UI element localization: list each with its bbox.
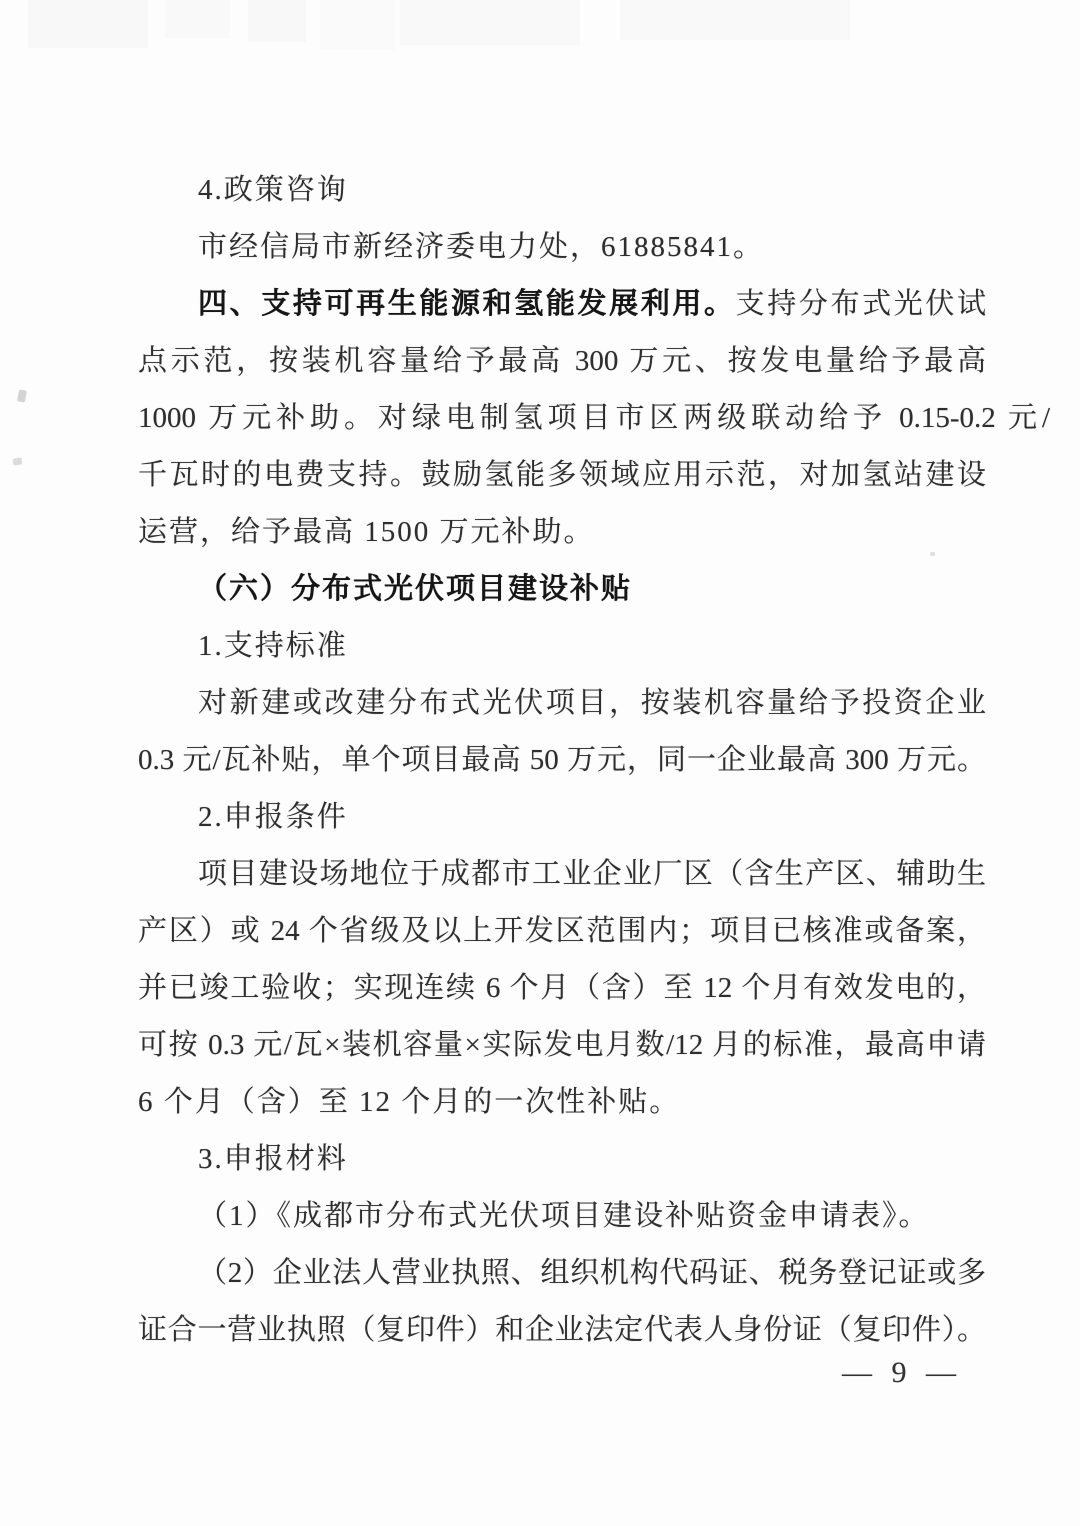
text-segment: （1）《成都市分布式光伏项目建设补贴资金申请表》。: [198, 1200, 930, 1232]
page-number: — 9 —: [842, 1350, 962, 1396]
text-line: （1）《成都市分布式光伏项目建设补贴资金申请表》。: [138, 1188, 986, 1245]
text-segment: 可按 0.3 元/瓦×装机容量×实际发电月数/12 月的标准，最高申请: [138, 1029, 986, 1061]
document-body: 4.政策咨询市经信局市新经济委电力处，61885841。四、支持可再生能源和氢能…: [138, 162, 986, 1359]
text-segment: 1.支持标准: [198, 630, 348, 662]
text-segment: 2.申报条件: [198, 801, 348, 833]
scan-artifact: [620, 0, 850, 40]
text-line: 项目建设场地位于成都市工业企业厂区（含生产区、辅助生: [138, 846, 986, 903]
text-segment: 项目建设场地位于成都市工业企业厂区（含生产区、辅助生: [198, 858, 986, 890]
text-line: 点示范，按装机容量给予最高 300 万元、按发电量给予最高: [138, 333, 986, 390]
scan-artifact: [320, 0, 395, 50]
text-line: 3.申报材料: [138, 1131, 986, 1188]
text-segment: 0.3 元/瓦补贴，单个项目最高 50 万元，同一企业最高 300 万元。: [138, 744, 986, 776]
text-line: 产区）或 24 个省级及以上开发区范围内；项目已核准或备案，: [138, 903, 986, 960]
heading-line: （六）分布式光伏项目建设补贴: [138, 561, 986, 618]
scan-speck: [17, 389, 27, 402]
bold-heading-segment: （六）分布式光伏项目建设补贴: [198, 573, 632, 605]
text-segment: 支持分布式光伏试: [736, 288, 986, 320]
text-segment: 3.申报材料: [198, 1143, 348, 1175]
text-line: （2）企业法人营业执照、组织机构代码证、税务登记证或多: [138, 1245, 986, 1302]
text-line: 运营，给予最高 1500 万元补助。: [138, 504, 986, 561]
text-segment: 对新建或改建分布式光伏项目，按装机容量给予投资企业: [198, 687, 986, 719]
text-line: 1000 万元补助。对绿电制氢项目市区两级联动给予 0.15-0.2 元/: [138, 390, 1050, 447]
scan-artifact: [248, 0, 306, 42]
text-segment: 点示范，按装机容量给予最高 300 万元、按发电量给予最高: [138, 345, 986, 377]
text-segment: 1000 万元补助。对绿电制氢项目市区两级联动给予 0.15-0.2 元/: [138, 402, 1050, 434]
text-line: 并已竣工验收；实现连续 6 个月（含）至 12 个月有效发电的，: [138, 960, 986, 1017]
scan-artifact: [28, 0, 148, 48]
text-line: 6 个月（含）至 12 个月的一次性补贴。: [138, 1074, 986, 1131]
text-segment: （2）企业法人营业执照、组织机构代码证、税务登记证或多: [198, 1257, 986, 1289]
scan-speck: [13, 457, 23, 465]
text-segment: 运营，给予最高 1500 万元补助。: [138, 516, 595, 548]
scan-artifact: [165, 0, 230, 38]
text-segment: 产区）或 24 个省级及以上开发区范围内；项目已核准或备案，: [138, 915, 986, 947]
heading-line: 四、支持可再生能源和氢能发展利用。支持分布式光伏试: [138, 276, 986, 333]
text-line: 1.支持标准: [138, 618, 986, 675]
bold-heading-segment: 四、支持可再生能源和氢能发展利用。: [198, 288, 736, 320]
text-segment: 并已竣工验收；实现连续 6 个月（含）至 12 个月有效发电的，: [138, 972, 986, 1004]
scan-artifact: [400, 0, 580, 45]
text-line: 对新建或改建分布式光伏项目，按装机容量给予投资企业: [138, 675, 986, 732]
text-line: 0.3 元/瓦补贴，单个项目最高 50 万元，同一企业最高 300 万元。: [138, 732, 986, 789]
text-line: 可按 0.3 元/瓦×装机容量×实际发电月数/12 月的标准，最高申请: [138, 1017, 986, 1074]
scanned-document-page: 4.政策咨询市经信局市新经济委电力处，61885841。四、支持可再生能源和氢能…: [0, 0, 1080, 1526]
text-line: 4.政策咨询: [138, 162, 986, 219]
text-line: 市经信局市新经济委电力处，61885841。: [138, 219, 986, 276]
text-segment: 千瓦时的电费支持。鼓励氢能多领域应用示范，对加氢站建设: [138, 459, 986, 491]
text-segment: 市经信局市新经济委电力处，61885841。: [198, 231, 764, 263]
text-line: 千瓦时的电费支持。鼓励氢能多领域应用示范，对加氢站建设: [138, 447, 986, 504]
text-line: 2.申报条件: [138, 789, 986, 846]
text-segment: 证合一营业执照（复印件）和企业法定代表人身份证（复印件）。: [138, 1314, 986, 1346]
text-segment: 4.政策咨询: [198, 174, 348, 206]
text-segment: 6 个月（含）至 12 个月的一次性补贴。: [138, 1086, 680, 1118]
